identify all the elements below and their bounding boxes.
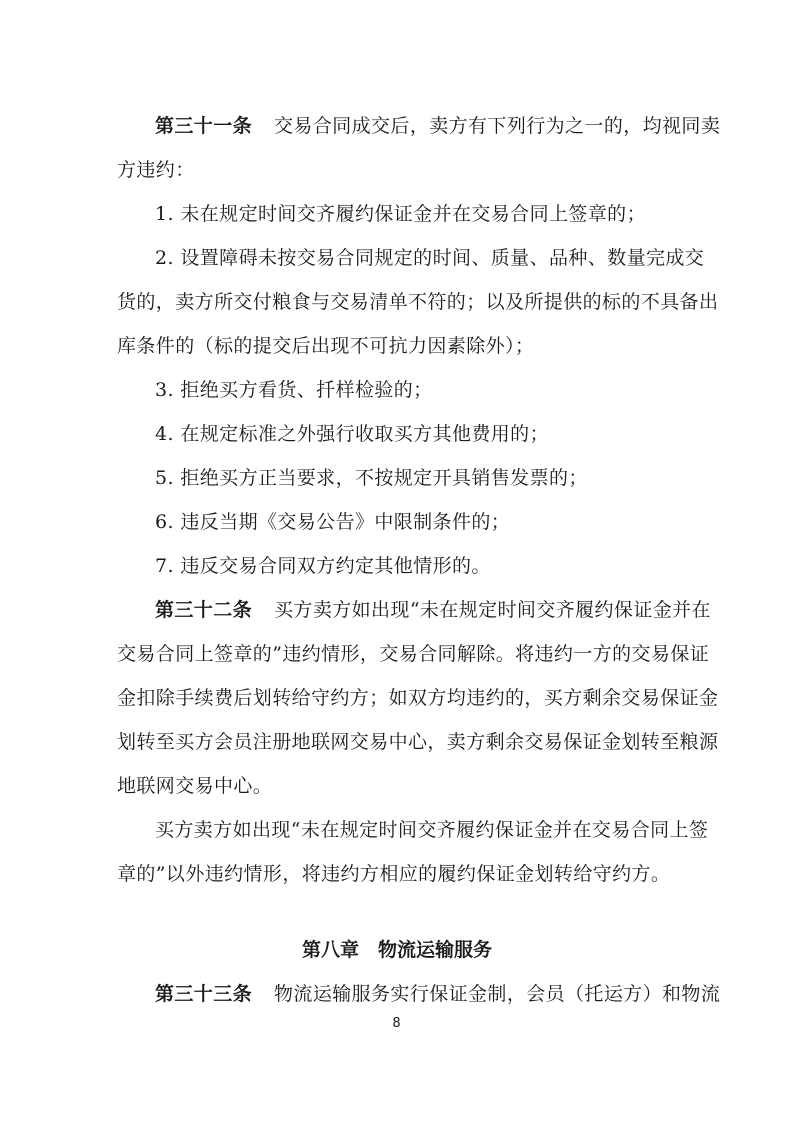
article-31-item-2-cont: 库条件的（标的提交后出现不可抗力因素除外）； [117,334,534,358]
article-31-item-5: 5. 拒绝买方正当要求，不按规定开具销售发票的； [155,466,588,490]
chapter-8-heading: 第八章 物流运输服务 [117,938,677,962]
page-number: 8 [0,1016,793,1031]
article-32-para2-line: 买方卖方如出现“未在规定时间交齐履约保证金并在交易合同上签 [155,818,708,842]
article-32-first-line: 第三十二条买方卖方如出现“未在规定时间交齐履约保证金并在 [155,598,711,622]
article-31-text: 交易合同成交后，卖方有下列行为之一的，均视同卖 [274,115,720,137]
article-31-item-2-cont: 货的，卖方所交付粮食与交易清单不符的；以及所提供的标的不具备出 [117,290,718,314]
article-32-line: 金扣除手续费后划转给守约方；如双方均违约的，买方剩余交易保证金 [117,686,718,710]
article-32-title: 第三十二条 [155,599,252,621]
article-32-text: 买方卖方如出现“未在规定时间交齐履约保证金并在 [274,599,711,621]
article-33-text: 物流运输服务实行保证金制，会员（托运方）和物流 [274,983,720,1005]
article-31-item-7: 7. 违反交易合同双方约定其他情形的。 [155,554,491,578]
article-33-title: 第三十三条 [155,983,252,1005]
article-31-item-3: 3. 拒绝买方看货、扦样检验的； [155,378,433,402]
article-31-item-1: 1. 未在规定时间交齐履约保证金并在交易合同上签章的； [155,202,646,226]
article-33-first-line: 第三十三条物流运输服务实行保证金制，会员（托运方）和物流 [155,982,720,1006]
article-32-para2-line: 章的”以外违约情形，将违约方相应的履约保证金划转给守约方。 [117,862,670,886]
article-32-line: 划转至买方会员注册地联网交易中心，卖方剩余交易保证金划转至粮源 [117,730,718,754]
article-31-title: 第三十一条 [155,115,252,137]
article-31-line: 方违约： [117,158,195,182]
article-31-item-6: 6. 违反当期《交易公告》中限制条件的； [155,510,510,534]
article-31-first-line: 第三十一条交易合同成交后，卖方有下列行为之一的，均视同卖 [155,114,720,138]
article-31-item-2: 2. 设置障碍未按交易合同规定的时间、质量、品种、数量完成交 [155,246,704,270]
article-32-line: 交易合同上签章的”违约情形，交易合同解除。将违约一方的交易保证 [117,642,709,666]
article-31-item-4: 4. 在规定标准之外强行收取买方其他费用的； [155,422,549,446]
article-32-line: 地联网交易中心。 [117,774,272,798]
